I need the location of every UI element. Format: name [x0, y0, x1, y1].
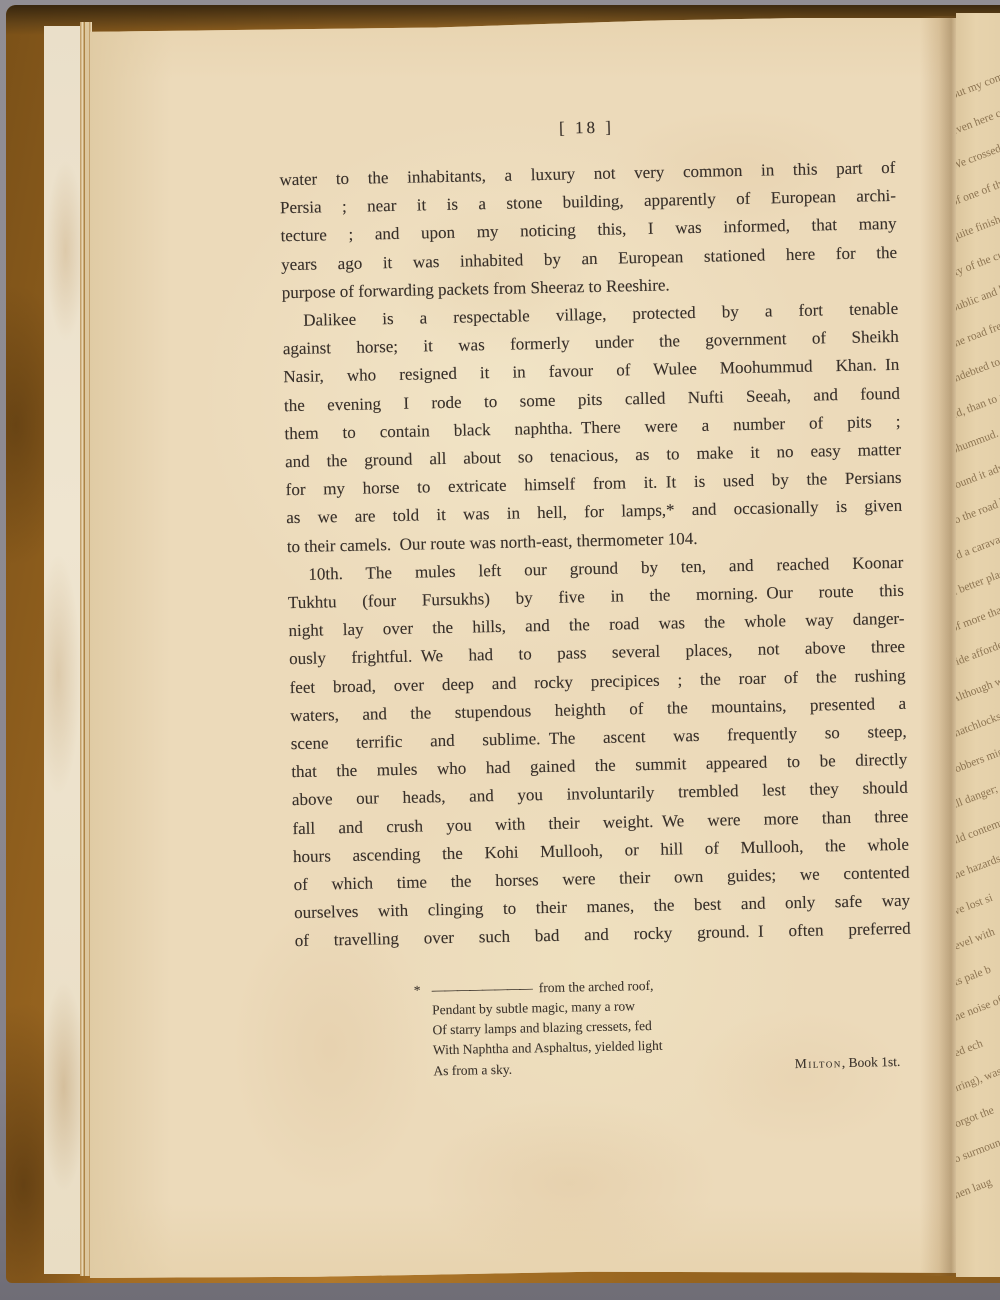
footnote-attribution: Milton, Book 1st.: [795, 1051, 901, 1073]
photograph-background: { "colors": { "background_gray": "#8b889…: [0, 0, 1000, 1300]
footnote-text: As from a sky.: [433, 1059, 512, 1081]
text-block: [ 18 ] water to the inhabitants, a luxur…: [278, 112, 913, 1084]
bleed-text: but my companieven here couldWe crossed …: [956, 79, 1000, 1215]
stacked-page-edges: [44, 26, 80, 1274]
footnote-attribution-name: Milton: [795, 1055, 842, 1071]
footnote-dash: ————————: [432, 980, 532, 997]
footnote: *————————from the arched roof,Pendant by…: [414, 970, 913, 1081]
adjacent-page: but my companieven here couldWe crossed …: [956, 13, 1000, 1277]
page-fold-shadow: [920, 16, 958, 1276]
footnote-text: from the arched roof,: [539, 978, 654, 995]
footnote-marker: *: [414, 980, 432, 1001]
paragraph: 10th. The mules left our ground by ten, …: [287, 549, 911, 956]
page-stain: [420, 1098, 720, 1268]
paragraph: Dalikee is a respectable village, protec…: [282, 295, 903, 561]
body-text: water to the inhabitants, a luxury not v…: [279, 154, 911, 956]
paragraph: water to the inhabitants, a luxury not v…: [279, 154, 898, 307]
